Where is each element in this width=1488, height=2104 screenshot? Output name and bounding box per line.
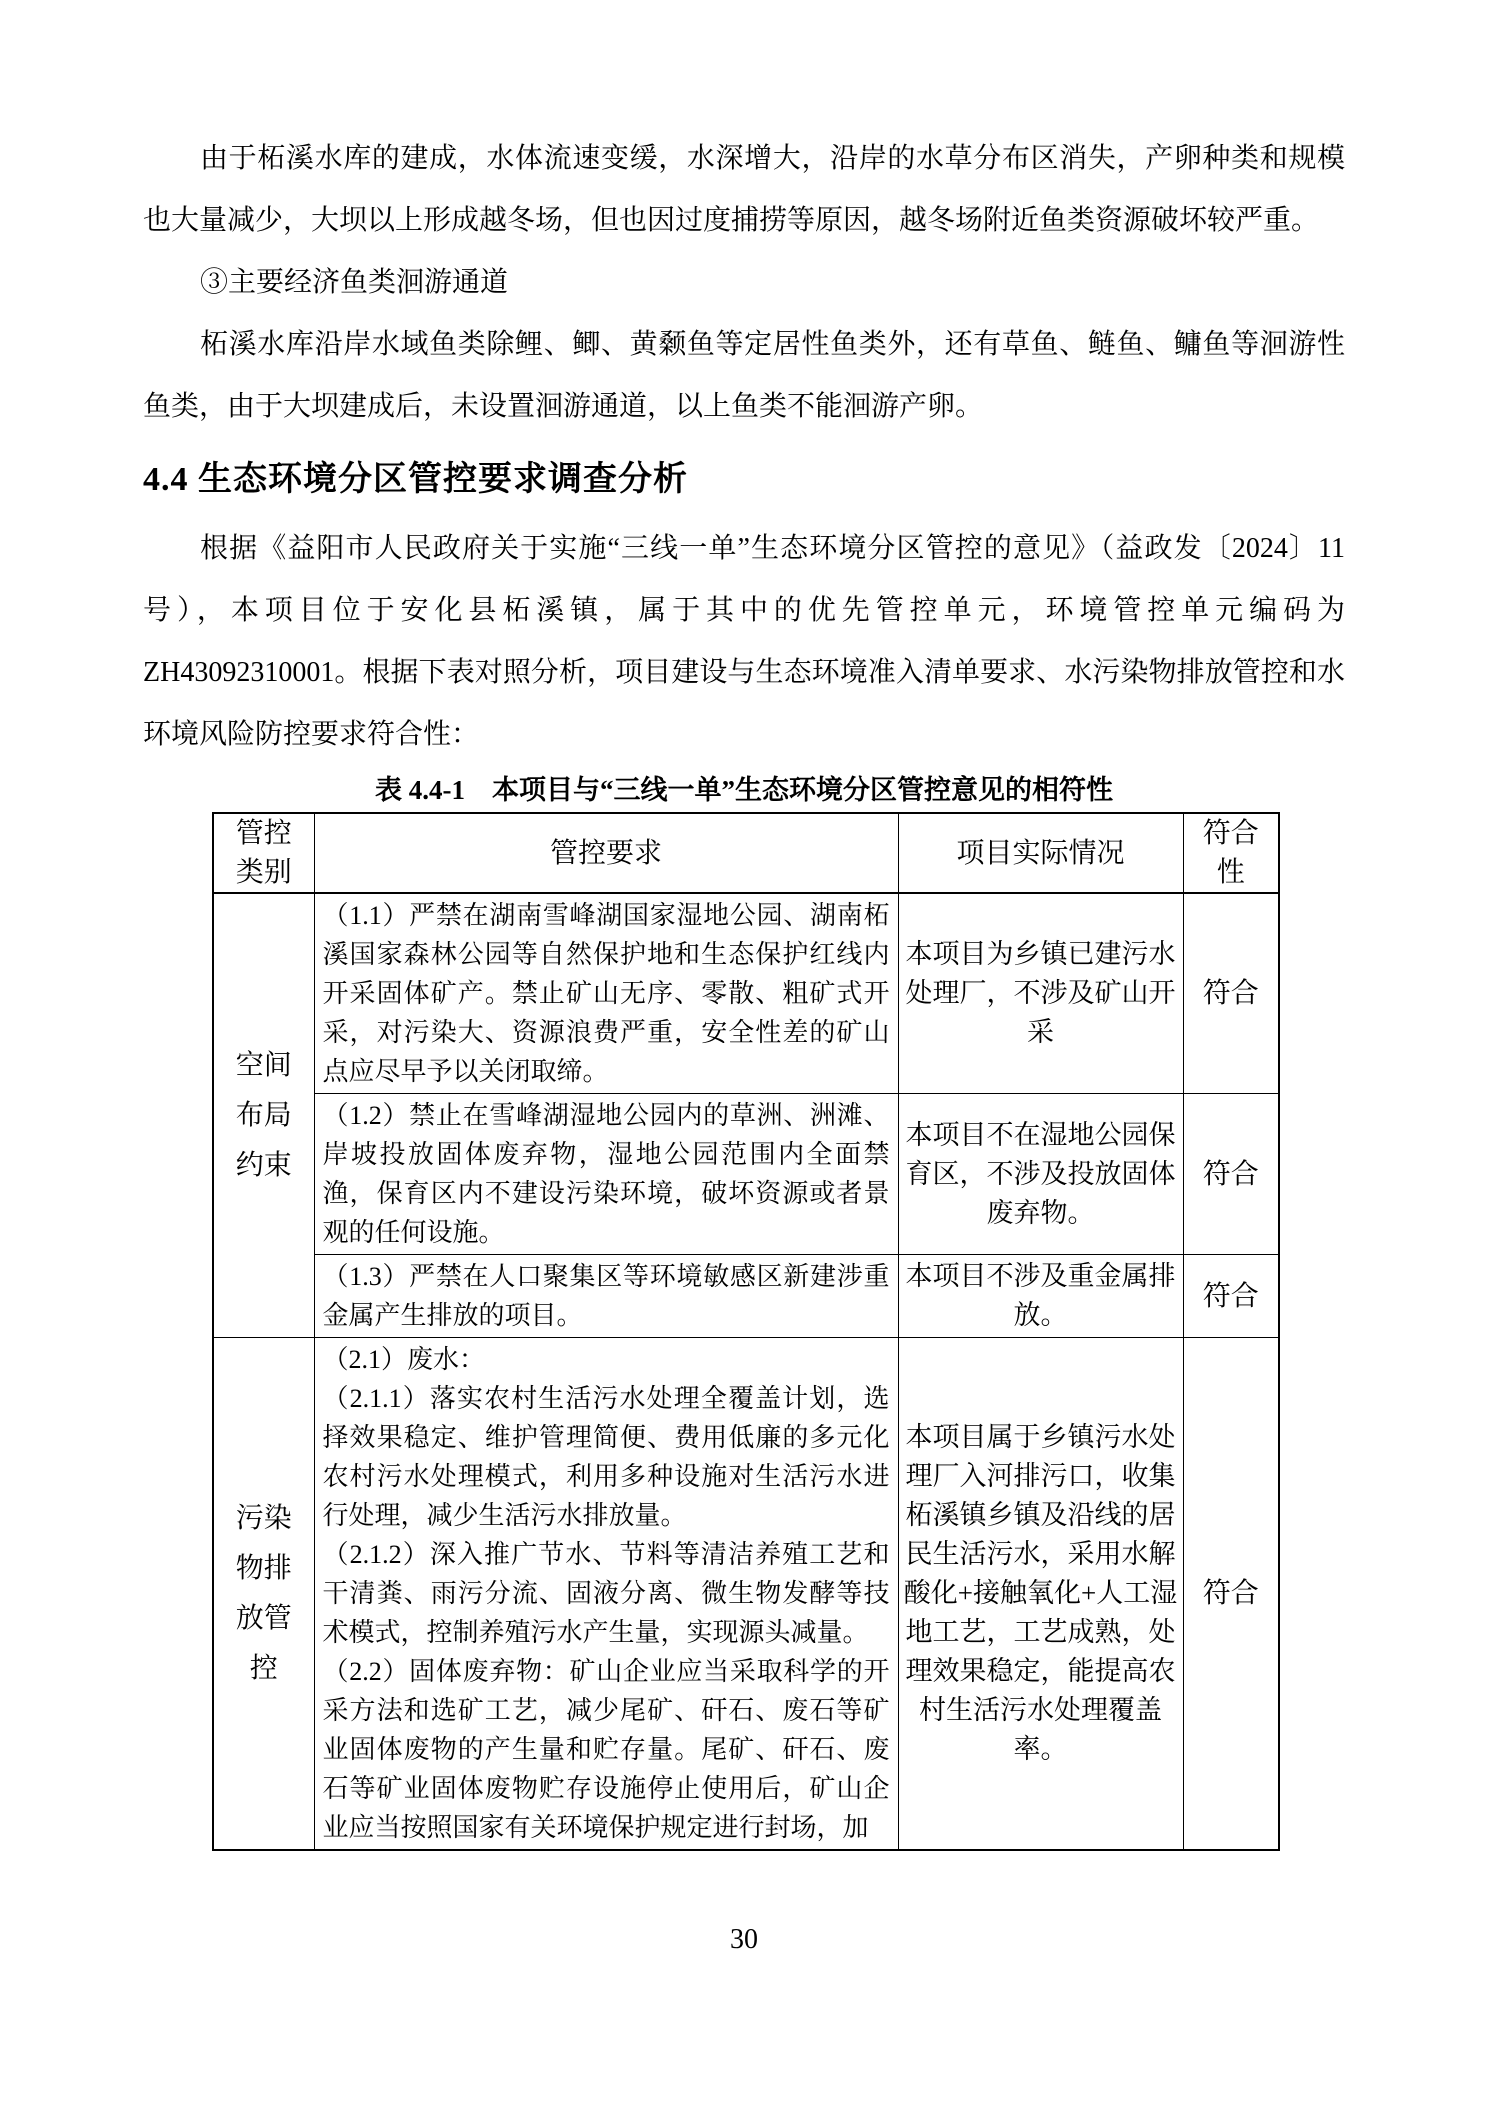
paragraph-fish-overwintering: 由于柘溪水库的建成，水体流速变缓，水深增大，沿岸的水草分布区消失，产卵种类和规模…	[143, 128, 1345, 252]
requirement-2-1-2-part: （2.1.2）深入推广节水、节料等清洁养殖工艺和干清粪、雨污分流、固液分离、微生…	[323, 1535, 890, 1652]
table-caption: 表 4.4-1 本项目与“三线一单”生态环境分区管控意见的相符性	[143, 770, 1345, 810]
actual-2-1: 本项目属于乡镇污水处理厂入河排污口，收集柘溪镇乡镇及沿线的居民生活污水，采用水解…	[898, 1338, 1183, 1851]
conformity-1-1: 符合	[1183, 893, 1279, 1094]
compliance-table: 管控类别 管控要求 项目实际情况 符合性 空间布局约束 （1.1）严禁在湖南雪峰…	[212, 812, 1280, 1851]
category-pollutant-discharge: 污染物排放管控	[213, 1338, 314, 1851]
header-control-requirement: 管控要求	[314, 813, 898, 893]
requirement-2-1-part: （2.1）废水：	[323, 1340, 890, 1379]
conformity-2-1: 符合	[1183, 1338, 1279, 1851]
table-row: （1.2）禁止在雪峰湖湿地公园内的草洲、洲滩、岸坡投放固体废弃物，湿地公园范围内…	[213, 1094, 1279, 1255]
requirement-2-2-part: （2.2）固体废弃物：矿山企业应当采取科学的开采方法和选矿工艺，减少尾矿、矸石、…	[323, 1652, 890, 1847]
requirement-2-1: （2.1）废水： （2.1.1）落实农村生活污水处理全覆盖计划，选择效果稳定、维…	[314, 1338, 898, 1851]
paragraph-intro: 根据《益阳市人民政府关于实施“三线一单”生态环境分区管控的意见》（益政发〔202…	[143, 518, 1345, 766]
header-project-actual: 项目实际情况	[898, 813, 1183, 893]
header-conformity: 符合性	[1183, 813, 1279, 893]
requirement-1-3: （1.3）严禁在人口聚集区等环境敏感区新建涉重金属产生排放的项目。	[314, 1255, 898, 1338]
actual-1-2: 本项目不在湿地公园保育区，不涉及投放固体废弃物。	[898, 1094, 1183, 1255]
actual-1-3: 本项目不涉及重金属排放。	[898, 1255, 1183, 1338]
table-row: 空间布局约束 （1.1）严禁在湖南雪峰湖国家湿地公园、湖南柘溪国家森林公园等自然…	[213, 893, 1279, 1094]
table-row: （1.3）严禁在人口聚集区等环境敏感区新建涉重金属产生排放的项目。 本项目不涉及…	[213, 1255, 1279, 1338]
category-spatial-layout: 空间布局约束	[213, 893, 314, 1338]
page-number: 30	[0, 1922, 1488, 1958]
requirement-1-1: （1.1）严禁在湖南雪峰湖国家湿地公园、湖南柘溪国家森林公园等自然保护地和生态保…	[314, 893, 898, 1094]
table-header-row: 管控类别 管控要求 项目实际情况 符合性	[213, 813, 1279, 893]
conformity-1-2: 符合	[1183, 1094, 1279, 1255]
paragraph-migration-item: ③主要经济鱼类洄游通道	[143, 252, 1345, 314]
section-heading: 4.4 生态环境分区管控要求调查分析	[143, 452, 1345, 508]
document-page: 由于柘溪水库的建成，水体流速变缓，水深增大，沿岸的水草分布区消失，产卵种类和规模…	[0, 0, 1488, 2104]
header-control-category: 管控类别	[213, 813, 314, 893]
requirement-2-1-1-part: （2.1.1）落实农村生活污水处理全覆盖计划，选择效果稳定、维护管理简便、费用低…	[323, 1379, 890, 1535]
actual-1-1: 本项目为乡镇已建污水处理厂，不涉及矿山开采	[898, 893, 1183, 1094]
paragraph-migration-fish: 柘溪水库沿岸水域鱼类除鲤、鲫、黄颡鱼等定居性鱼类外，还有草鱼、鲢鱼、鳙鱼等洄游性…	[143, 314, 1345, 438]
conformity-1-3: 符合	[1183, 1255, 1279, 1338]
table-row: 污染物排放管控 （2.1）废水： （2.1.1）落实农村生活污水处理全覆盖计划，…	[213, 1338, 1279, 1851]
requirement-1-2: （1.2）禁止在雪峰湖湿地公园内的草洲、洲滩、岸坡投放固体废弃物，湿地公园范围内…	[314, 1094, 898, 1255]
